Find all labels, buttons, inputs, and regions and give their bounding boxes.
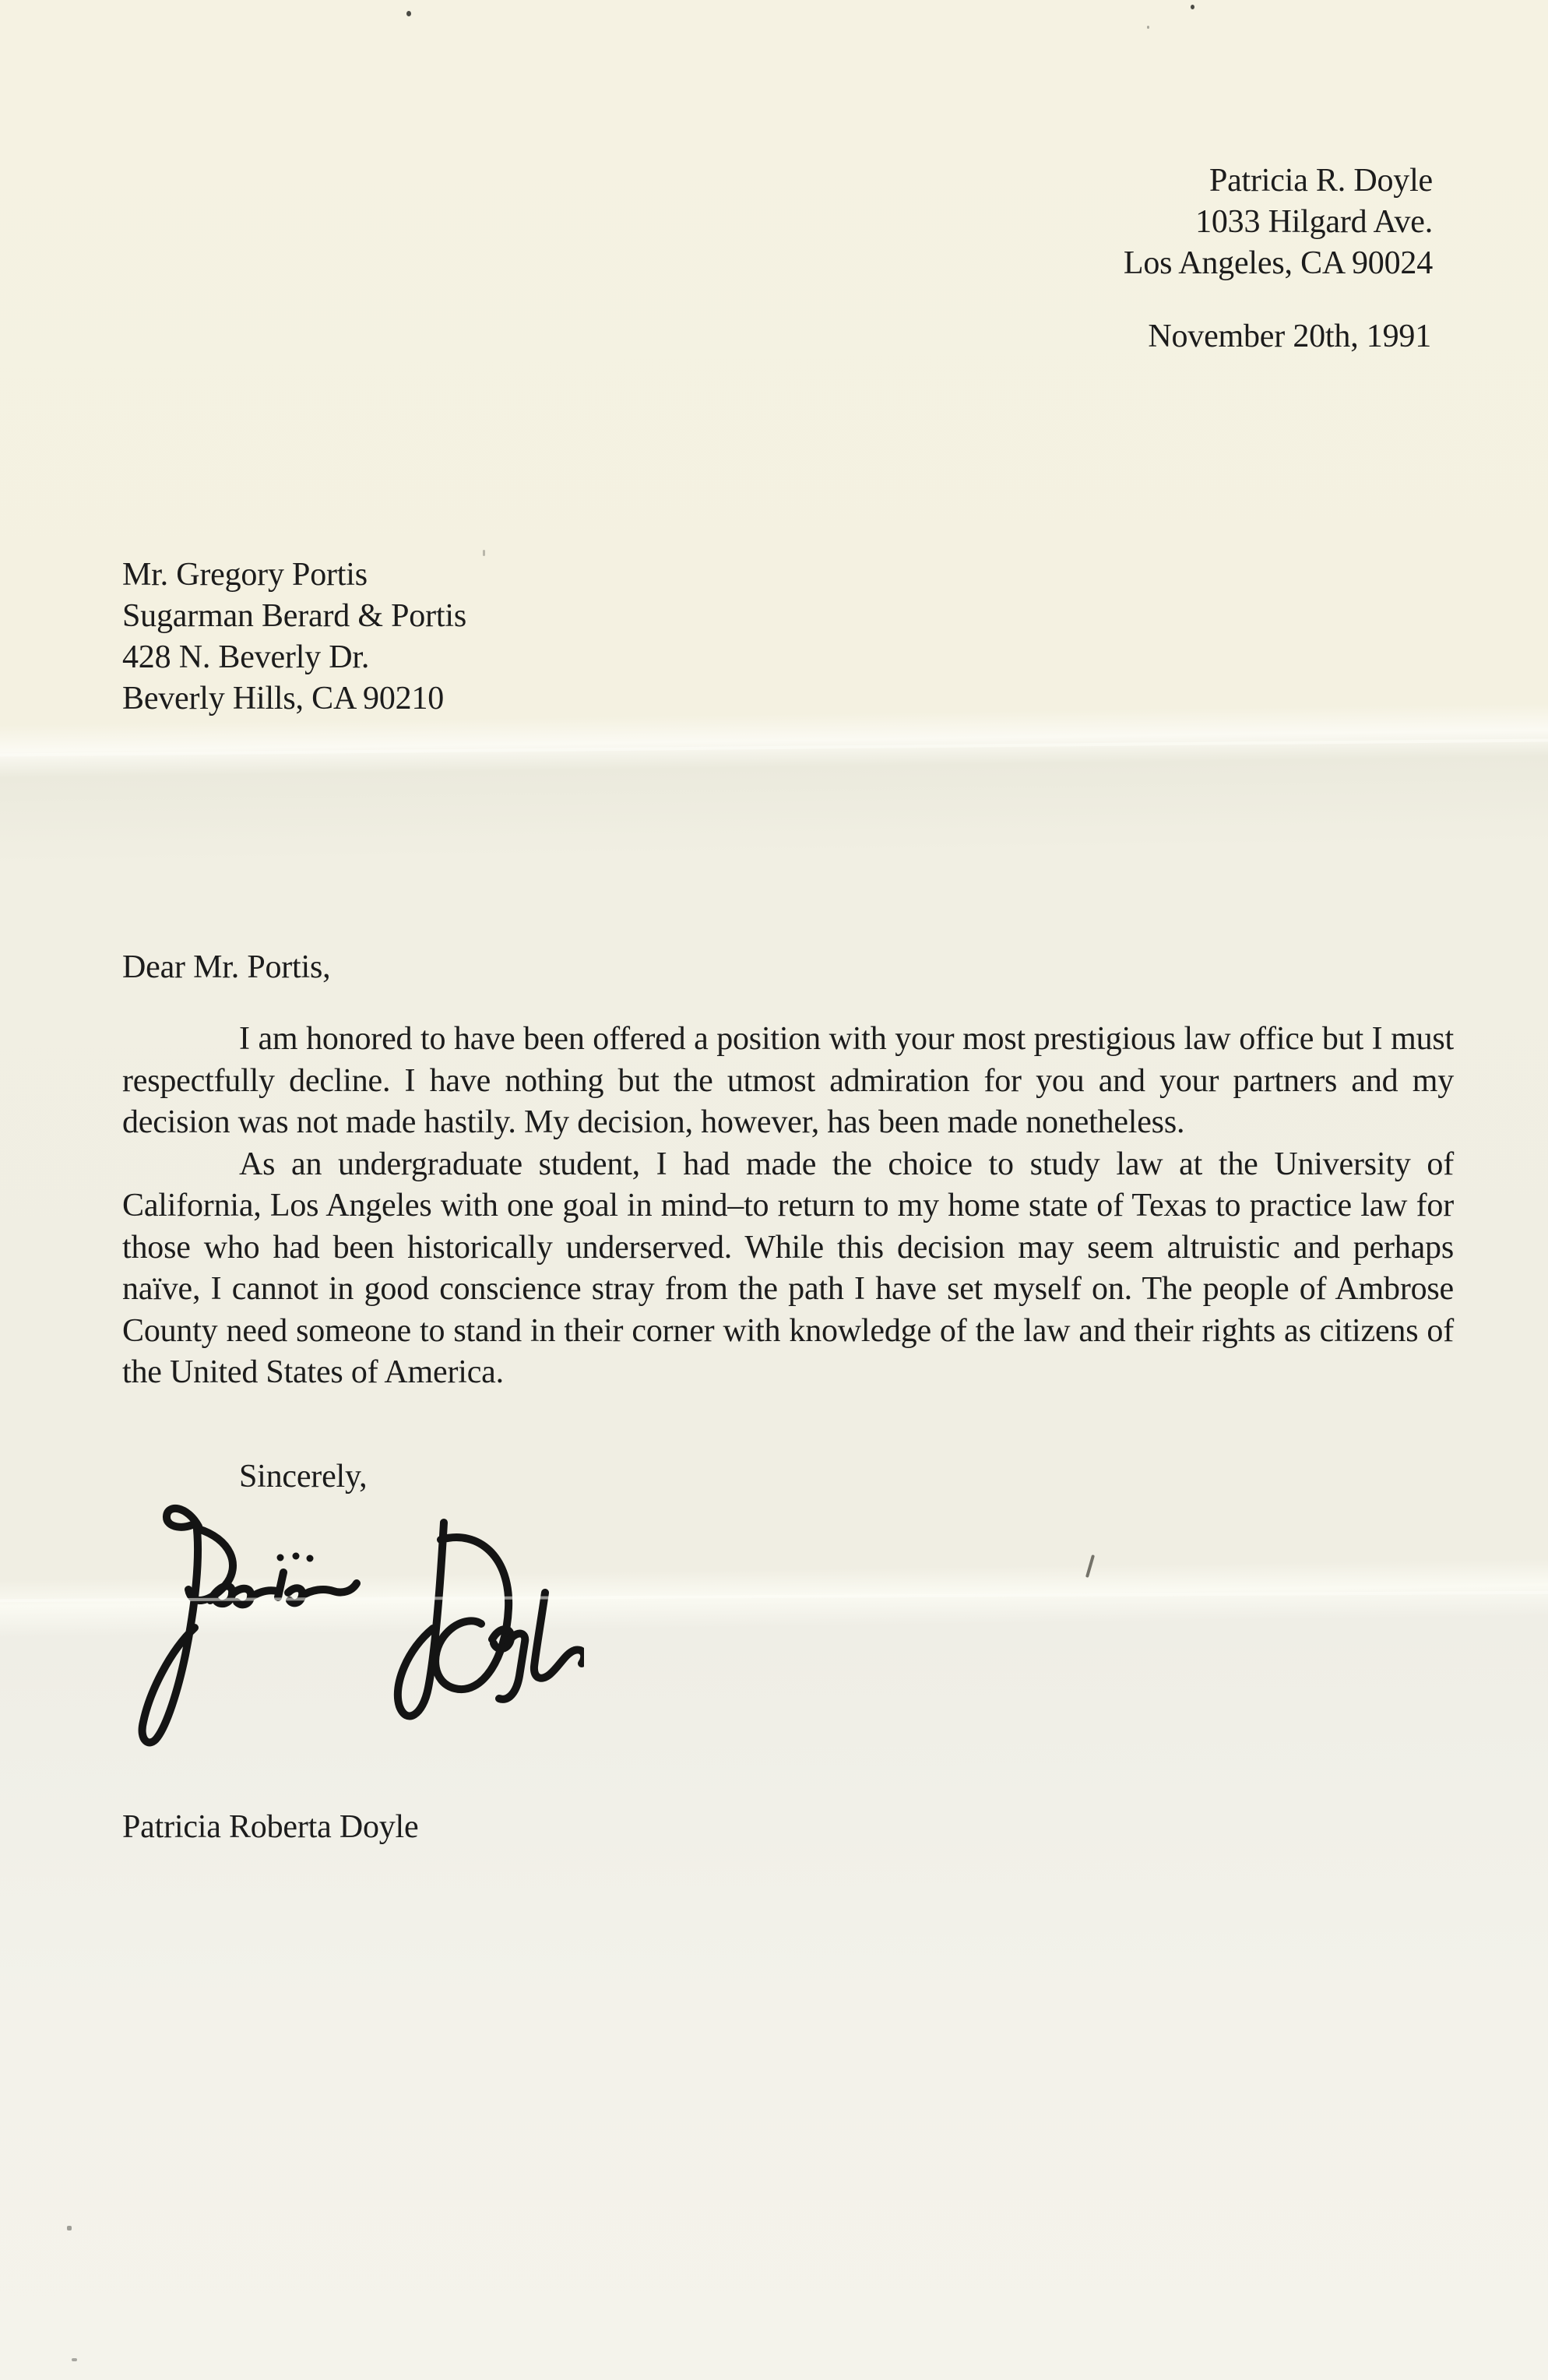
typed-signature-name: Patricia Roberta Doyle: [122, 1808, 418, 1846]
fold-crease-upper: [0, 738, 1548, 756]
paper-speck: [72, 2358, 77, 2361]
signature-icon: [132, 1484, 584, 1764]
letter-date: November 20th, 1991: [1148, 318, 1431, 355]
body-paragraph-1: I am honored to have been offered a posi…: [122, 1019, 1454, 1144]
handwritten-signature: [132, 1484, 584, 1764]
stray-ink-mark: [1085, 1554, 1095, 1578]
salutation: Dear Mr. Portis,: [122, 949, 330, 986]
sender-name: Patricia R. Doyle: [1124, 160, 1433, 202]
paper-speck: [1147, 26, 1149, 29]
recipient-address-line1: 428 N. Beverly Dr.: [122, 637, 466, 678]
sender-address-block: Patricia R. Doyle 1033 Hilgard Ave. Los …: [1124, 160, 1433, 284]
recipient-address-line2: Beverly Hills, CA 90210: [122, 678, 466, 720]
paper-speck: [67, 2226, 72, 2230]
paper-speck: [406, 11, 411, 16]
recipient-firm: Sugarman Berard & Portis: [122, 596, 466, 637]
recipient-name: Mr. Gregory Portis: [122, 555, 466, 596]
body-paragraph-2: As an undergraduate student, I had made …: [122, 1144, 1454, 1394]
paper-speck: [1191, 5, 1194, 9]
recipient-address-block: Mr. Gregory Portis Sugarman Berard & Por…: [122, 555, 466, 720]
sender-address-line1: 1033 Hilgard Ave.: [1124, 202, 1433, 243]
letter-body: I am honored to have been offered a posi…: [122, 1019, 1454, 1394]
letter-page: Patricia R. Doyle 1033 Hilgard Ave. Los …: [0, 0, 1548, 2380]
paper-speck: [483, 550, 485, 556]
sender-address-line2: Los Angeles, CA 90024: [1124, 243, 1433, 284]
